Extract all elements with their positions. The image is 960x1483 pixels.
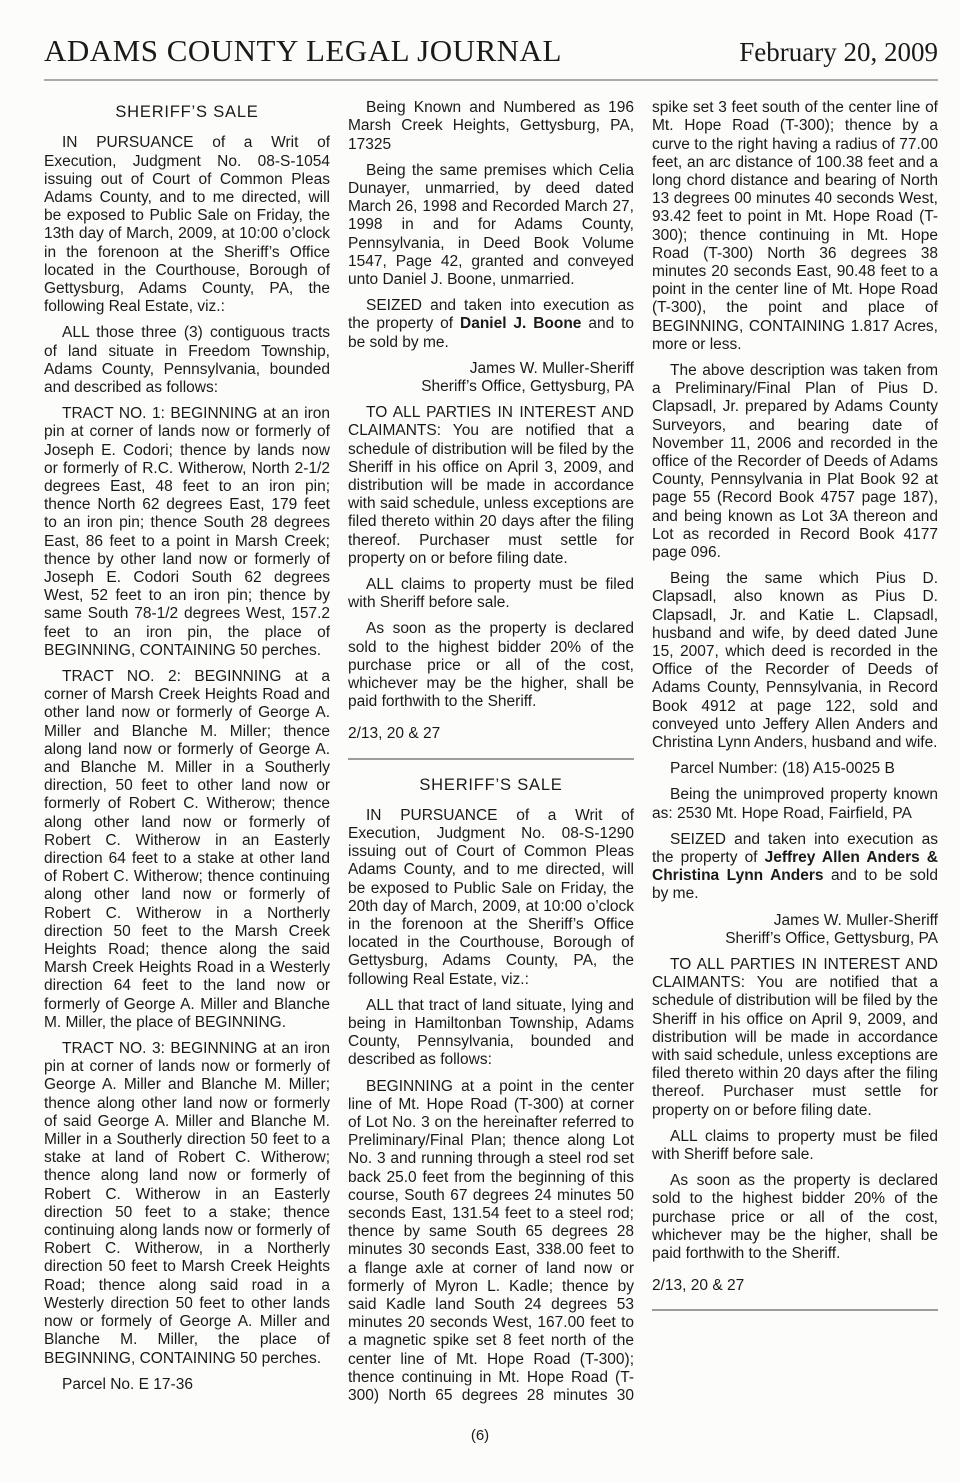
- sheriff-office: Sheriff’s Office, Gettysburg, PA: [652, 930, 938, 948]
- sale-2-property-address: Being the unimproved property known as: …: [652, 786, 938, 822]
- header-rule: [44, 79, 938, 81]
- sale-1-tract-1-paragraph: TRACT NO. 1: BEGINNING at an iron pin at…: [44, 405, 330, 660]
- sale-1-heading: SHERIFF’S SALE: [44, 103, 330, 121]
- end-divider-rule: [652, 1309, 938, 1311]
- sale-2-beginning-paragraph: BEGINNING at a point in the center line …: [348, 1078, 634, 1405]
- sale-1-parcel-number: Parcel No. E 17-36: [44, 1376, 330, 1394]
- masthead: ADAMS COUNTY LEGAL JOURNAL February 20, …: [44, 34, 938, 68]
- sale-2-seized-paragraph: SEIZED and taken into execution as the p…: [652, 831, 938, 904]
- sale-2-parcel-number: Parcel Number: (18) A15-0025 B: [652, 760, 938, 778]
- sale-1-distribution-notice: TO ALL PARTIES IN INTEREST AND CLAIMANTS…: [348, 404, 634, 568]
- sale-2-deed-history-paragraph: Being the same which Pius D. Clapsadl, a…: [652, 570, 938, 752]
- sale-2-tract-intro-paragraph: ALL that tract of land situate, lying an…: [348, 997, 634, 1070]
- sale-1-known-as-paragraph: Being Known and Numbered as 196 Marsh Cr…: [348, 99, 634, 154]
- sale-1-tract-3-paragraph: TRACT NO. 3: BEGINNING at an iron pin at…: [44, 1040, 330, 1368]
- sale-2-plan-description-paragraph: The above description was taken from a P…: [652, 362, 938, 562]
- sale-2-run-dates: 2/13, 20 & 27: [652, 1277, 938, 1295]
- column-1: SHERIFF’S SALE IN PURSUANCE of a Writ of…: [44, 99, 330, 1405]
- issue-date: February 20, 2009: [739, 38, 938, 68]
- sale-1-run-dates: 2/13, 20 & 27: [348, 725, 634, 743]
- sale-1-bidder-notice: As soon as the property is declared sold…: [348, 620, 634, 711]
- sale-2-distribution-notice: TO ALL PARTIES IN INTEREST AND CLAIMANTS…: [652, 956, 938, 1120]
- sheriff-office: Sheriff’s Office, Gettysburg, PA: [348, 378, 634, 396]
- sheriff-name: James W. Muller-Sheriff: [652, 912, 938, 930]
- sale-1-claims-notice: ALL claims to property must be filed wit…: [348, 576, 634, 612]
- column-2: Being Known and Numbered as 196 Marsh Cr…: [348, 99, 634, 1405]
- sale-2-heading: SHERIFF’S SALE: [348, 776, 634, 794]
- defendant-name: Daniel J. Boone: [460, 315, 581, 332]
- sale-1-premises-paragraph: Being the same premises which Celia Duna…: [348, 162, 634, 289]
- sheriff-signature-block: James W. Muller-Sheriff Sheriff’s Office…: [348, 360, 634, 396]
- journal-title: ADAMS COUNTY LEGAL JOURNAL: [44, 34, 562, 68]
- sheriff-name: James W. Muller-Sheriff: [348, 360, 634, 378]
- section-divider-rule: [348, 758, 634, 760]
- page-number: (6): [471, 1427, 489, 1444]
- column-3: spike set 3 feet south of the center lin…: [652, 99, 938, 1405]
- sale-1-seized-paragraph: SEIZED and taken into execution as the p…: [348, 297, 634, 352]
- content-columns: SHERIFF’S SALE IN PURSUANCE of a Writ of…: [44, 99, 938, 1405]
- sale-2-bidder-notice: As soon as the property is declared sold…: [652, 1172, 938, 1263]
- sale-1-tracts-intro-paragraph: ALL those three (3) contiguous tracts of…: [44, 324, 330, 397]
- sale-1-tract-2-paragraph: TRACT NO. 2: BEGINNING at a corner of Ma…: [44, 668, 330, 1032]
- sheriff-signature-block: James W. Muller-Sheriff Sheriff’s Office…: [652, 912, 938, 948]
- sale-2-pursuance-paragraph: IN PURSUANCE of a Writ of Execution, Jud…: [348, 807, 634, 989]
- sale-2-beginning-continuation: spike set 3 feet south of the center lin…: [652, 99, 938, 354]
- journal-page: ADAMS COUNTY LEGAL JOURNAL February 20, …: [0, 0, 960, 1483]
- page-footer: (6): [0, 1427, 960, 1445]
- sale-1-pursuance-paragraph: IN PURSUANCE of a Writ of Execution, Jud…: [44, 134, 330, 316]
- sale-2-claims-notice: ALL claims to property must be filed wit…: [652, 1128, 938, 1164]
